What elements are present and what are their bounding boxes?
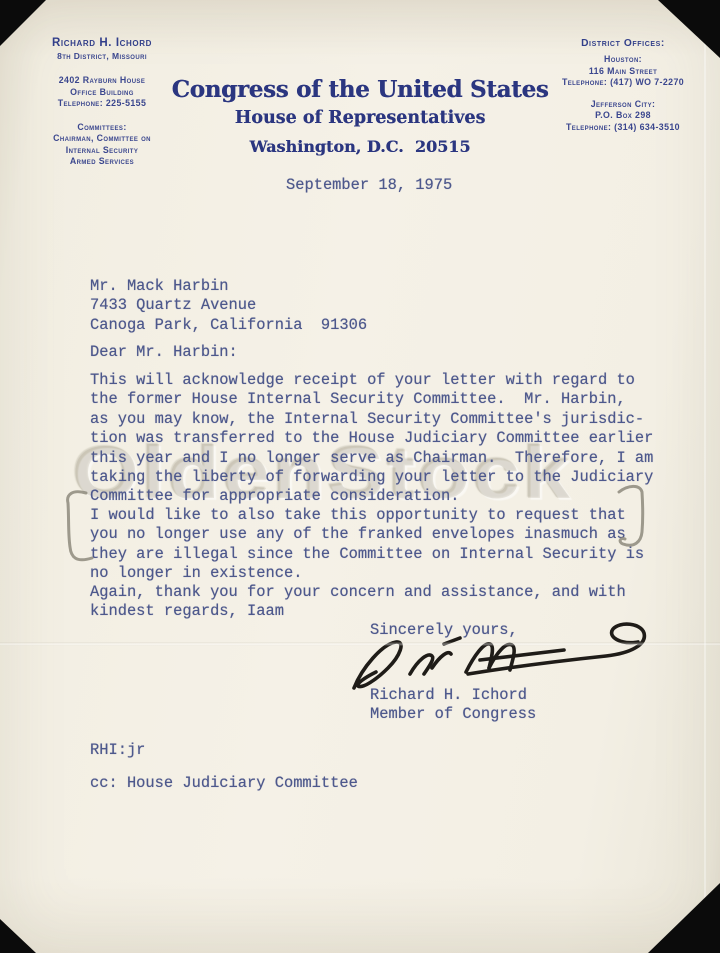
- signer-title: Member of Congress: [370, 705, 536, 724]
- masthead-congress: Congress of the United States: [150, 76, 570, 103]
- fold-crease: [0, 642, 720, 646]
- reference-initials: RHI:jr: [90, 741, 145, 760]
- paper-edge-highlight: [704, 0, 706, 953]
- photo-corner-bottom-left: [0, 919, 36, 953]
- letter-date: September 18, 1975: [286, 176, 452, 195]
- photo-corner-bottom-right: [648, 883, 720, 953]
- recipient-address: Mr. Mack Harbin 7433 Quartz Avenue Canog…: [90, 277, 367, 335]
- letterhead-masthead: Congress of the United States House of R…: [150, 76, 570, 156]
- pencil-bracket-left-icon: [56, 489, 98, 573]
- committee-item: Armed Services: [16, 156, 188, 168]
- salutation: Dear Mr. Harbin:: [90, 343, 238, 362]
- member-district: 8th District, Missouri: [16, 51, 188, 61]
- cc-line: cc: House Judiciary Committee: [90, 774, 358, 793]
- signer-name: Richard H. Ichord: [370, 686, 527, 705]
- body-paragraph-1: This will acknowledge receipt of your le…: [90, 371, 653, 507]
- masthead-house: House of Representatives: [150, 108, 570, 128]
- masthead-city: Washington, D.C. 20515: [150, 137, 570, 156]
- photo-corner-top-left: [0, 0, 46, 46]
- photo-corner-top-right: [658, 0, 720, 58]
- pencil-bracket-right-icon: [616, 478, 668, 562]
- body-paragraph-2: I would like to also take this opportuni…: [90, 506, 644, 584]
- scanned-letter: OldenStock Richard H. Ichord 8th Distric…: [0, 0, 720, 953]
